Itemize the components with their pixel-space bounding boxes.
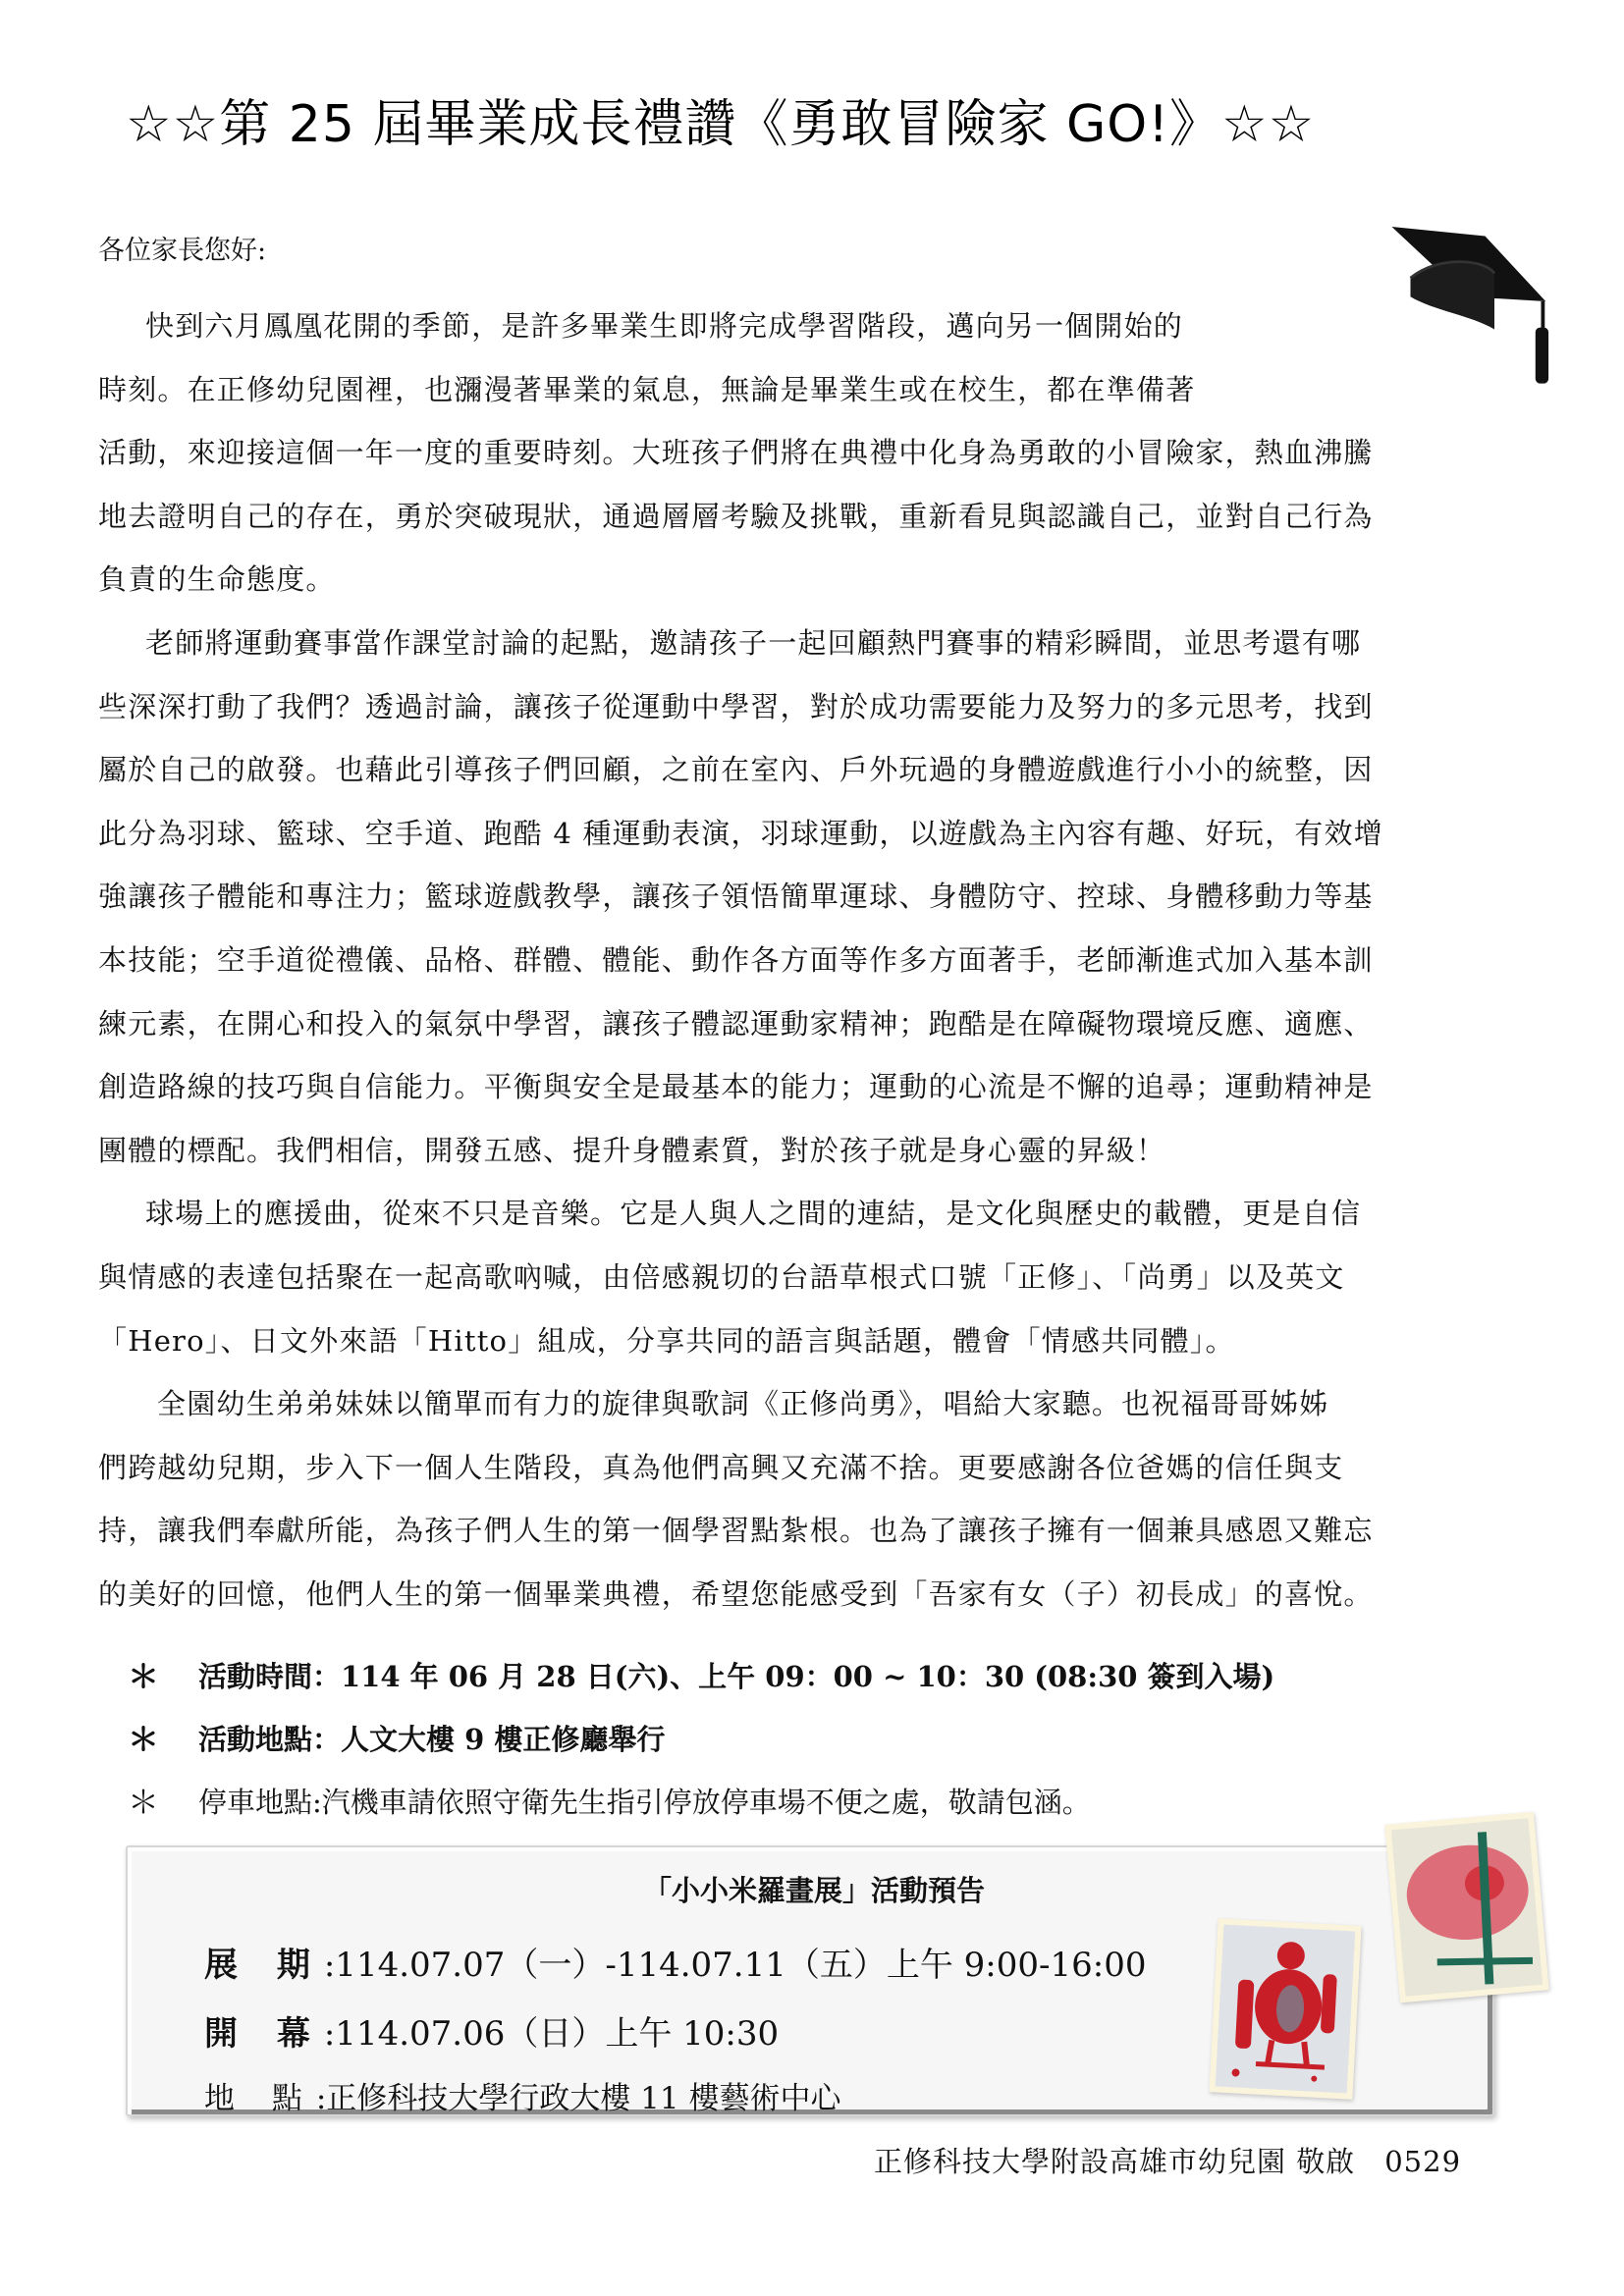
document-code: 0529 [1384,2145,1461,2178]
text-line: 此分為羽球、籃球、空手道、跑酷 4 種運動表演，羽球運動，以遊戲為主內容有趣、好… [98,802,1512,866]
parking-info: ＊ 停車地點:汽機車請依照守衛先生指引停放停車場不便之處，敬請包涵。 [128,1771,1502,1834]
flower-painting-icon [1391,1818,1543,1997]
text-line: 們跨越幼兒期，步入下一個人生階段，真為他們高興又充滿不捨。更要感謝各位爸媽的信任… [98,1436,1512,1500]
text-line: 快到六月鳳凰花開的季節，是許多畢業生即將完成學習階段，邁向另一個開始的 [98,294,1512,358]
text-line: 屬於自己的啟發。也藉此引導孩子們回顧，之前在室內、戶外玩過的身體遊戲進行小小的統… [98,738,1512,802]
text-line: 些深深打動了我們？透過討論，讓孩子從運動中學習，對於成功需要能力及努力的多元思考… [98,675,1512,739]
red-figure-painting-icon [1216,1925,1355,2094]
row-value: :正修科技大學行政大樓 11 樓藝術中心 [316,2081,841,2116]
exhibition-title: 「小小米羅畫展」活動預告 [643,1869,985,1909]
event-location-text: 活動地點：人文大樓 9 樓正修廳舉行 [198,1708,665,1771]
parking-info-text: 停車地點:汽機車請依照守衛先生指引停放停車場不便之處，敬請包涵。 [198,1771,1091,1834]
text-line: 團體的標配。我們相信，開發五感、提升身體素質，對於孩子就是身心靈的昇級！ [98,1119,1512,1183]
text-line: 地去證明自己的存在，勇於突破現狀，通過層層考驗及挑戰，重新看見與認識自己，並對自… [98,485,1512,549]
row-label: 展 期 [204,1946,324,1985]
row-label: 開 幕 [204,2014,324,2054]
text-line: 創造路線的技巧與自信能力。平衡與安全是最基本的能力；運動的心流是不懈的追尋；運動… [98,1055,1512,1119]
text-line: 與情感的表達包括聚在一起高歌吶喊，由倍感親切的台語草根式口號「正修」、「尚勇」以… [98,1246,1512,1309]
text-line: 球場上的應援曲，從來不只是音樂。它是人與人之間的連結，是文化與歷史的載體，更是自… [98,1182,1512,1246]
text-line: 練元素，在開心和投入的氣氛中學習，讓孩子體認運動家精神；跑酷是在障礙物環境反應、… [98,992,1512,1056]
text-line: 強讓孩子體能和專注力；籃球遊戲教學，讓孩子領悟簡單運球、身體防守、控球、身體移動… [98,865,1512,929]
text-line: 持，讓我們奉獻所能，為孩子們人生的第一個學習點紮根。也為了讓孩子擁有一個兼具感恩… [98,1499,1512,1563]
paragraph-intro: 快到六月鳳凰花開的季節，是許多畢業生即將完成學習階段，邁向另一個開始的 時刻。在… [98,294,1512,612]
event-details: ＊ 活動時間：114 年 06 月 28 日(六)、上午 09：00 ~ 10：… [128,1645,1502,1834]
row-value: :114.07.07（一）-114.07.11（五）上午 9:00-16:00 [324,1946,1147,1985]
text-line: 全園幼生弟弟妹妹以簡單而有力的旋律與歌詞《正修尚勇》，唱給大家聽。也祝福哥哥姊姊 [98,1372,1512,1436]
signature-text: 正修科技大學附設高雄市幼兒園 敬啟 [874,2145,1355,2178]
asterisk-icon: ＊ [128,1708,198,1771]
text-line: 「Hero」、日文外來語「Hitto」組成，分享共同的語言與話題，體會「情感共同… [98,1309,1512,1373]
paragraph-cheer: 球場上的應援曲，從來不只是音樂。它是人與人之間的連結，是文化與歷史的載體，更是自… [98,1182,1512,1372]
exhibition-venue: 地 點:正修科技大學行政大樓 11 樓藝術中心 [204,2073,840,2117]
child-painting-flower [1384,1812,1548,2003]
letter-body: 快到六月鳳凰花開的季節，是許多畢業生即將完成學習階段，邁向另一個開始的 時刻。在… [98,294,1512,1626]
footer-signature: 正修科技大學附設高雄市幼兒園 敬啟0529 [874,2140,1461,2180]
page-title: ☆☆第 25 屆畢業成長禮讚《勇敢冒險家 GO!》☆☆ [126,90,1520,159]
event-time: ＊ 活動時間：114 年 06 月 28 日(六)、上午 09：00 ~ 10：… [128,1645,1502,1708]
asterisk-icon: ＊ [128,1771,198,1834]
row-label: 地 點 [204,2081,316,2116]
text-line: 活動，來迎接這個一年一度的重要時刻。大班孩子們將在典禮中化身為勇敢的小冒險家，熱… [98,421,1512,485]
text-line: 老師將運動賽事當作課堂討論的起點，邀請孩子一起回顧熱門賽事的精彩瞬間，並思考還有… [98,612,1512,675]
text-line: 時刻。在正修幼兒園裡，也瀰漫著畢業的氣息，無論是畢業生或在校生，都在準備著 [98,358,1512,422]
paragraph-sports: 老師將運動賽事當作課堂討論的起點，邀請孩子一起回顧熱門賽事的精彩瞬間，並思考還有… [98,612,1512,1182]
child-painting-red-figure [1209,1918,1361,2099]
greeting: 各位家長您好: [98,232,266,271]
event-time-text: 活動時間：114 年 06 月 28 日(六)、上午 09：00 ~ 10：30… [198,1645,1274,1708]
text-line: 負責的生命態度。 [98,548,1512,612]
text-line: 本技能；空手道從禮儀、品格、群體、體能、動作各方面等作多方面著手，老師漸進式加入… [98,929,1512,992]
exhibition-period: 展 期:114.07.07（一）-114.07.11（五）上午 9:00-16:… [204,1938,1147,1986]
text-line: 的美好的回憶，他們人生的第一個畢業典禮，希望您能感受到「吾家有女（子）初長成」的… [98,1563,1512,1627]
row-value: :114.07.06（日）上午 10:30 [324,2014,779,2054]
exhibition-opening: 開 幕:114.07.06（日）上午 10:30 [204,2006,779,2055]
asterisk-icon: ＊ [128,1645,198,1708]
paragraph-thanks: 全園幼生弟弟妹妹以簡單而有力的旋律與歌詞《正修尚勇》，唱給大家聽。也祝福哥哥姊姊… [98,1372,1512,1626]
event-location: ＊ 活動地點：人文大樓 9 樓正修廳舉行 [128,1708,1502,1771]
